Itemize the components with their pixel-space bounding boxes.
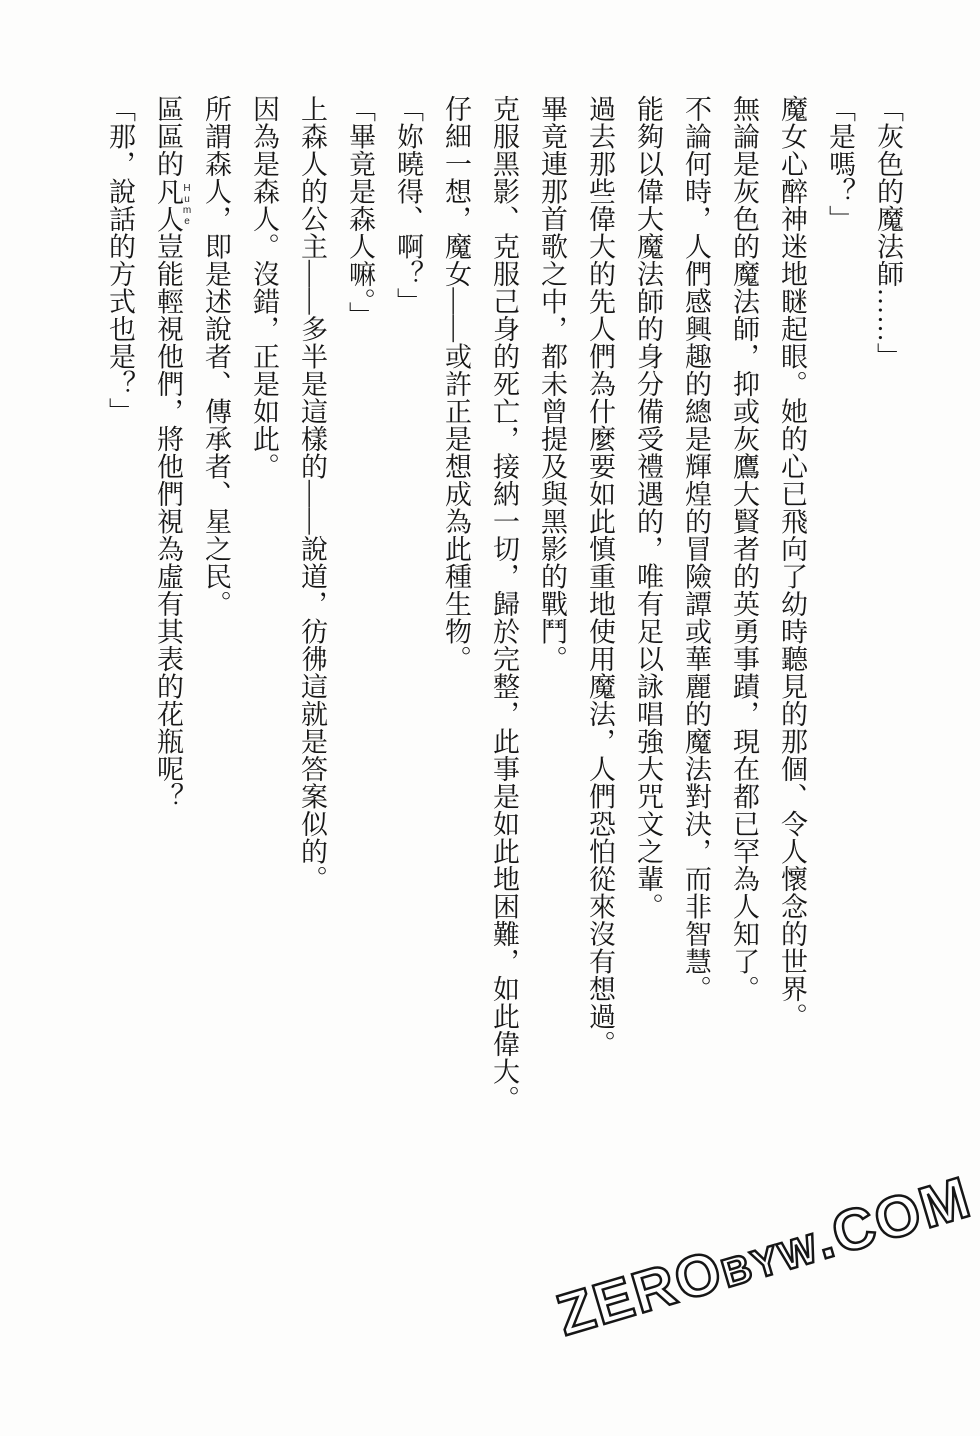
paragraph: 能夠以偉大魔法師的身分備受禮遇的，唯有足以詠唱強大咒文之輩。 — [624, 95, 672, 1255]
vertical-text-block: 「灰色的魔法師……」「是嗎？」魔女心醉神迷地瞇起眼。她的心已飛向了幼時聽見的那個… — [96, 95, 912, 1255]
paragraph: 因為是森人。沒錯，正是如此。 — [240, 95, 288, 1255]
paragraph: 區區的凡人Hume豈能輕視他們，將他們視為虛有其表的花瓶呢？ — [144, 95, 192, 1255]
novel-page: 「灰色的魔法師……」「是嗎？」魔女心醉神迷地瞇起眼。她的心已飛向了幼時聽見的那個… — [0, 0, 980, 1436]
paragraph: 「妳曉得、啊？」 — [384, 95, 432, 1255]
paragraph: 畢竟連那首歌之中，都未曾提及與黑影的戰鬥。 — [528, 95, 576, 1255]
paragraph: 「灰色的魔法師……」 — [864, 95, 912, 1255]
ruby-annotation: 凡人Hume — [153, 178, 183, 233]
paragraph: 「是嗎？」 — [816, 95, 864, 1255]
paragraph: 所謂森人，即是述說者、傳承者、星之民。 — [192, 95, 240, 1255]
paragraph: 不論何時，人們感興趣的總是輝煌的冒險譚或華麗的魔法對決，而非智慧。 — [672, 95, 720, 1255]
paragraph: 過去那些偉大的先人們為什麼要如此慎重地使用魔法，人們恐怕從來沒有想過。 — [576, 95, 624, 1255]
paragraph: 無論是灰色的魔法師，抑或灰鷹大賢者的英勇事蹟，現在都已罕為人知了。 — [720, 95, 768, 1255]
paragraph: 魔女心醉神迷地瞇起眼。她的心已飛向了幼時聽見的那個、令人懷念的世界。 — [768, 95, 816, 1255]
paragraph: 克服黑影、克服己身的死亡，接納一切，歸於完整，此事是如此地困難，如此偉大。 — [480, 95, 528, 1255]
paragraph: 「畢竟是森人嘛。」 — [336, 95, 384, 1255]
paragraph: 「那，說話的方式也是？」 — [96, 95, 144, 1255]
paragraph: 上森人的公主——多半是這樣的——說道，彷彿這就是答案似的。 — [288, 95, 336, 1255]
paragraph: 仔細一想，魔女——或許正是想成為此種生物。 — [432, 95, 480, 1255]
